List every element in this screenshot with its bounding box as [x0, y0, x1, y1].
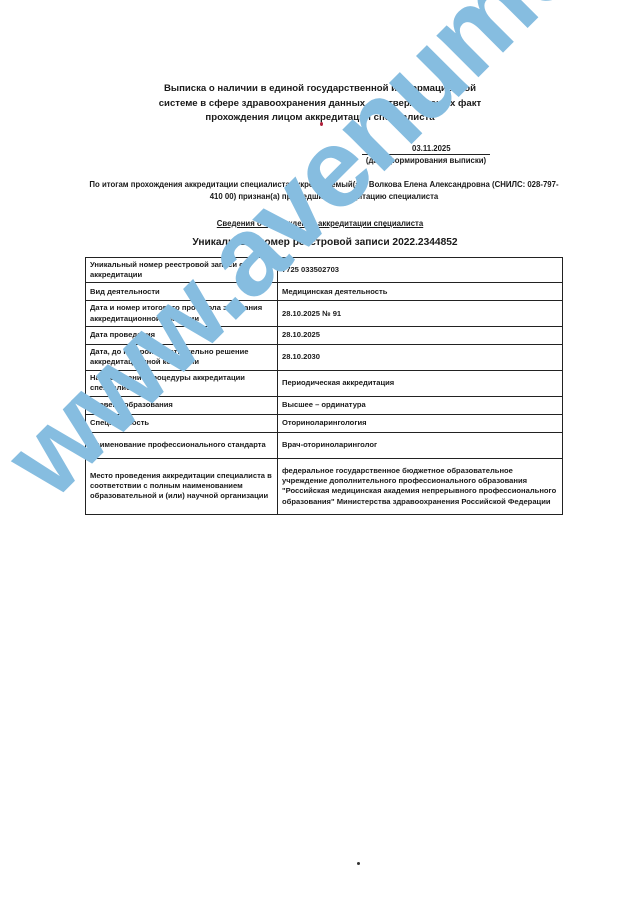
- row-label: Дата и номер итогового протокола заседан…: [86, 301, 278, 326]
- row-label: Наименование профессионального стандарта: [86, 432, 278, 458]
- row-label: Специальность: [86, 414, 278, 432]
- row-value: 28.10.2025: [278, 326, 563, 344]
- row-value: Медицинская деятельность: [278, 283, 563, 301]
- scan-speck: [357, 862, 360, 865]
- issue-date-caption: (дата формирования выписки): [362, 155, 490, 165]
- document-title: Выписка о наличии в единой государственн…: [140, 82, 500, 126]
- issue-date: 03.11.2025: [362, 144, 490, 155]
- row-value: Врач-оториноларинголог: [278, 432, 563, 458]
- row-value: Высшее – ординатура: [278, 396, 563, 414]
- row-label: Дата проведения: [86, 326, 278, 344]
- title-line: Выписка о наличии в единой государственн…: [140, 82, 500, 97]
- intro-text: По итогам прохождения аккредитации специ…: [85, 179, 563, 202]
- row-value: Оториноларингология: [278, 414, 563, 432]
- row-label: Место проведения аккредитации специалист…: [86, 458, 278, 514]
- row-value: 28.10.2025 № 91: [278, 301, 563, 326]
- row-value: 28.10.2030: [278, 344, 563, 370]
- row-value: 7725 033502703: [278, 258, 563, 283]
- table-row: Дата проведения28.10.2025: [86, 326, 563, 344]
- record-number: Уникальный номер реестровой записи 2022.…: [140, 237, 510, 248]
- section-heading: Сведения о прохождении аккредитации спец…: [150, 219, 490, 228]
- table-row: Вид деятельностиМедицинская деятельность: [86, 283, 563, 301]
- table-row: Уровень образованияВысшее – ординатура: [86, 396, 563, 414]
- scan-speck: [320, 122, 323, 126]
- table-row: Дата и номер итогового протокола заседан…: [86, 301, 563, 326]
- row-label: Уровень образования: [86, 396, 278, 414]
- accreditation-table: Уникальный номер реестровой записи об ак…: [85, 257, 563, 515]
- table-row: СпециальностьОториноларингология: [86, 414, 563, 432]
- row-label: Вид деятельности: [86, 283, 278, 301]
- row-value: федеральное государственное бюджетное об…: [278, 458, 563, 514]
- row-label: Дата, до которой действительно решение а…: [86, 344, 278, 370]
- row-label: Наименование процедуры аккредитации спец…: [86, 370, 278, 396]
- table-row: Место проведения аккредитации специалист…: [86, 458, 563, 514]
- table-row: Дата, до которой действительно решение а…: [86, 344, 563, 370]
- table-row: Наименование процедуры аккредитации спец…: [86, 370, 563, 396]
- row-value: Периодическая аккредитация: [278, 370, 563, 396]
- table-row: Наименование профессионального стандарта…: [86, 432, 563, 458]
- scan-speck: [384, 225, 386, 227]
- row-label: Уникальный номер реестровой записи об ак…: [86, 258, 278, 283]
- title-line: системе в сфере здравоохранения данных, …: [140, 97, 500, 112]
- issue-date-block: 03.11.2025 (дата формирования выписки): [362, 144, 490, 165]
- table-row: Уникальный номер реестровой записи об ак…: [86, 258, 563, 283]
